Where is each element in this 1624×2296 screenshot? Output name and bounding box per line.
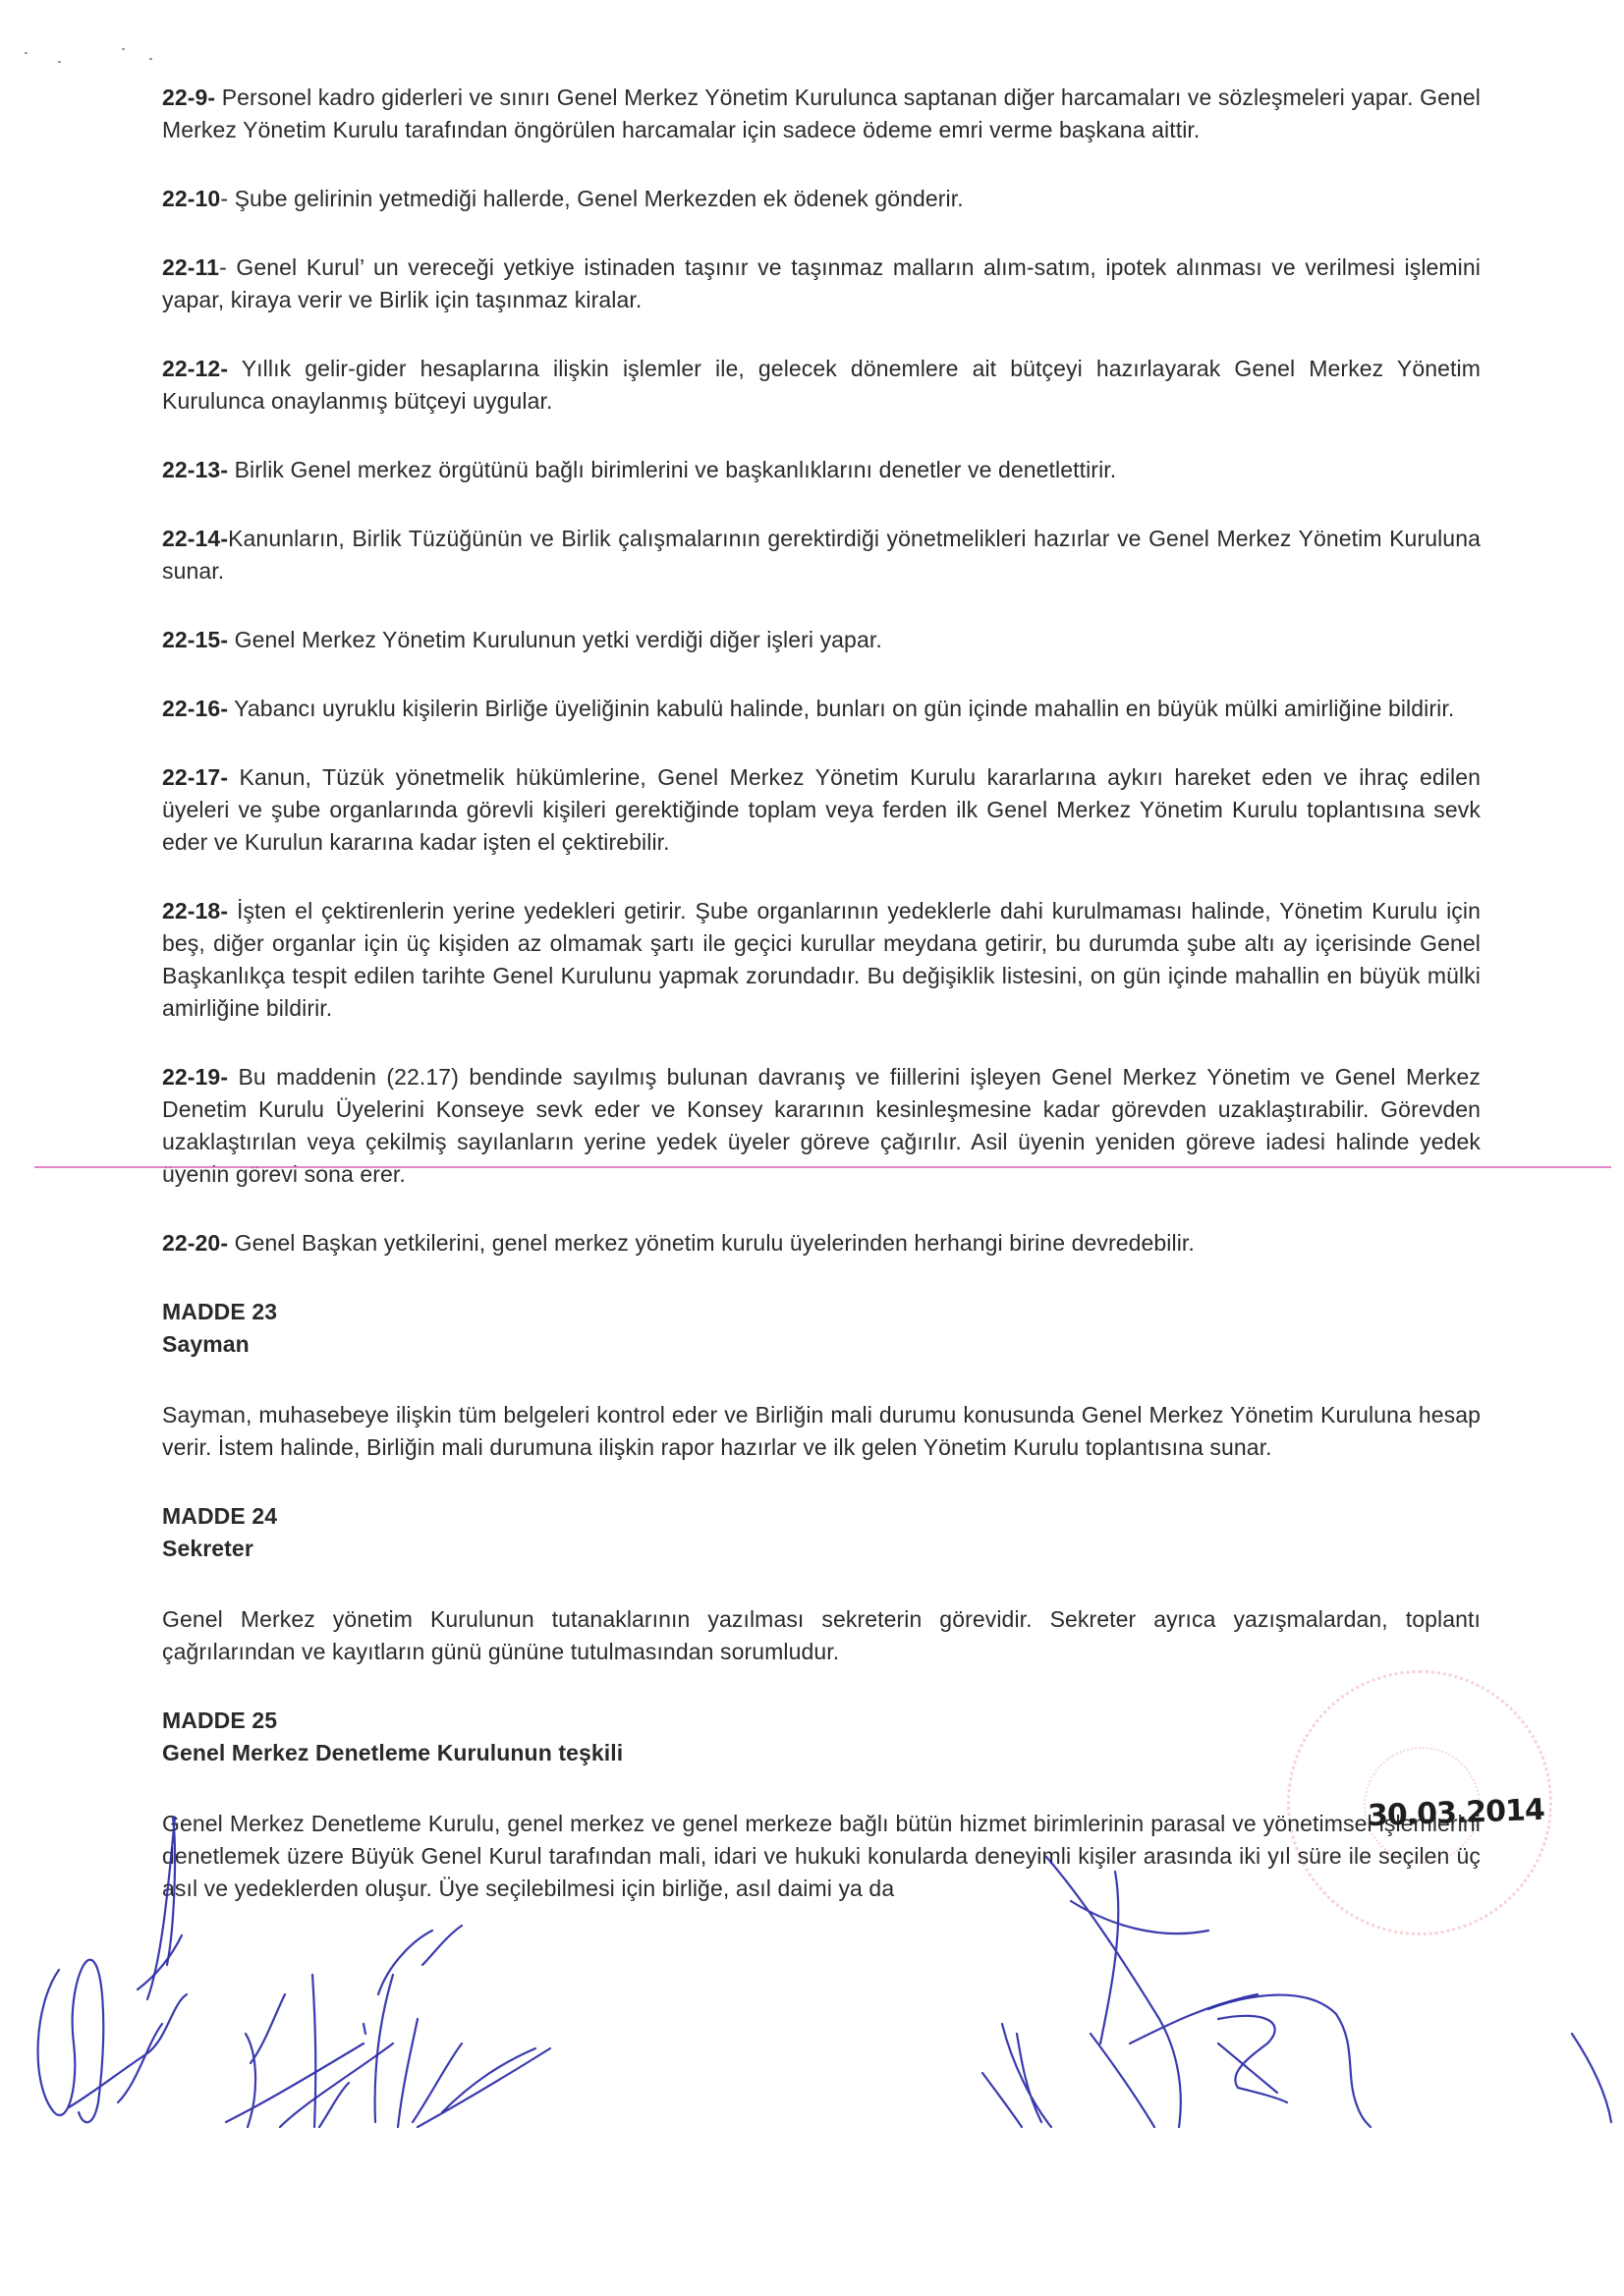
article-25-heading: MADDE 25 — [162, 1705, 1481, 1737]
clause-text: - Şube gelirinin yetmediği hallerde, Gen… — [220, 186, 963, 211]
clause-number: 22-9- — [162, 84, 215, 110]
clause-number: 22-14- — [162, 526, 228, 551]
clause-text: Kanunların, Birlik Tüzüğünün ve Birlik ç… — [162, 526, 1481, 584]
clause-22-18: 22-18- İşten el çektirenlerin yerine yed… — [162, 895, 1481, 1025]
clause-22-10: 22-10- Şube gelirinin yetmediği hallerde… — [162, 183, 1481, 215]
article-24-heading: MADDE 24 — [162, 1500, 1481, 1533]
article-24-body: Genel Merkez yönetim Kurulunun tutanakla… — [162, 1603, 1481, 1668]
clause-text: Birlik Genel merkez örgütünü bağlı birim… — [228, 457, 1116, 482]
clause-number: 22-20- — [162, 1230, 228, 1256]
clause-22-14: 22-14-Kanunların, Birlik Tüzüğünün ve Bi… — [162, 523, 1481, 588]
clause-22-15: 22-15- Genel Merkez Yönetim Kurulunun ye… — [162, 624, 1481, 656]
clause-number: 22-11 — [162, 254, 219, 280]
article-25-body: Genel Merkez Denetleme Kurulu, genel mer… — [162, 1808, 1481, 1905]
article-23-body: Sayman, muhasebeye ilişkin tüm belgeleri… — [162, 1399, 1481, 1464]
clause-text: Kanun, Tüzük yönetmelik hükümlerine, Gen… — [162, 764, 1481, 855]
clause-text: Yıllık gelir-gider hesaplarına ilişkin i… — [162, 356, 1481, 414]
clause-number: 22-16- — [162, 696, 228, 721]
article-23-title: Sayman — [162, 1328, 1481, 1361]
signature-4 — [375, 1926, 550, 2127]
clause-number: 22-19- — [162, 1064, 228, 1090]
clause-22-16: 22-16- Yabancı uyruklu kişilerin Birliğe… — [162, 693, 1481, 725]
clause-22-12: 22-12- Yıllık gelir-gider hesaplarına il… — [162, 353, 1481, 418]
margin-line — [34, 1166, 1611, 1168]
signature-2 — [226, 1994, 393, 2127]
signature-6 — [1208, 1995, 1371, 2127]
clause-22-9: 22-9- Personel kadro giderleri ve sınırı… — [162, 82, 1481, 146]
clause-22-13: 22-13- Birlik Genel merkez örgütünü bağl… — [162, 454, 1481, 486]
signature-3 — [312, 1975, 365, 2127]
clause-text: - Genel Kurul’ un vereceği yetkiye istin… — [162, 254, 1481, 312]
handwritten-date: 30.03.2014 — [1367, 1793, 1544, 1833]
clause-22-17: 22-17- Kanun, Tüzük yönetmelik hükümleri… — [162, 761, 1481, 859]
clause-text: Bu maddenin (22.17) bendinde sayılmış bu… — [162, 1064, 1481, 1187]
document-page: 22-9- Personel kadro giderleri ve sınırı… — [0, 0, 1624, 2296]
clause-text: İşten el çektirenlerin yerine yedekleri … — [162, 898, 1481, 1021]
clause-number: 22-18- — [162, 898, 228, 924]
document-body: 22-9- Personel kadro giderleri ve sınırı… — [162, 82, 1481, 1941]
clause-number: 22-13- — [162, 457, 228, 482]
clause-number: 22-12- — [162, 356, 228, 381]
article-25-title: Genel Merkez Denetleme Kurulunun teşkili — [162, 1737, 1481, 1769]
clause-22-20: 22-20- Genel Başkan yetkilerini, genel m… — [162, 1227, 1481, 1260]
signature-7 — [982, 2024, 1051, 2127]
scan-speck — [149, 58, 152, 60]
clause-number: 22-17- — [162, 764, 228, 790]
clause-number: 22-10 — [162, 186, 220, 211]
scan-speck — [122, 48, 125, 50]
article-23-heading: MADDE 23 — [162, 1296, 1481, 1328]
clause-22-11: 22-11- Genel Kurul’ un vereceği yetkiye … — [162, 252, 1481, 316]
clause-text: Yabancı uyruklu kişilerin Birliğe üyeliğ… — [228, 696, 1454, 721]
article-24-title: Sekreter — [162, 1533, 1481, 1565]
clause-text: Genel Başkan yetkilerini, genel merkez y… — [228, 1230, 1195, 1256]
scan-speck — [25, 52, 28, 54]
signature-8 — [1572, 2034, 1611, 2122]
scan-speck — [58, 61, 61, 63]
clause-number: 22-15- — [162, 627, 228, 652]
signature-1 — [38, 1935, 187, 2122]
clause-text: Genel Merkez Yönetim Kurulunun yetki ver… — [228, 627, 882, 652]
clause-text: Personel kadro giderleri ve sınırı Genel… — [162, 84, 1481, 142]
clause-22-19: 22-19- Bu maddenin (22.17) bendinde sayı… — [162, 1061, 1481, 1191]
